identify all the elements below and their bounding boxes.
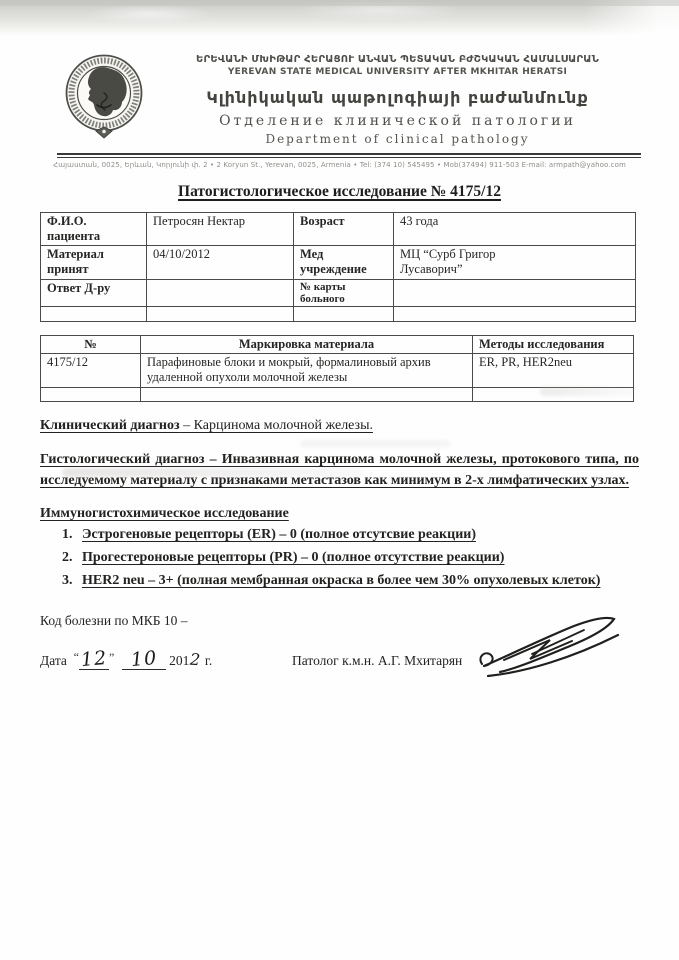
department-name-armenian: Կլինիկական պաթոլոգիայի բաժանմունք (150, 88, 645, 107)
date-line: Дата “12” 10 2012 г. (40, 650, 292, 670)
age-value: 43 года (394, 213, 636, 246)
date-label: Дата (40, 653, 67, 668)
marking-header: Маркировка материала (141, 336, 473, 354)
letterhead-text: ԵՐԵՎԱՆԻ ՄԽԻԹԱՐ ՀԵՐԱՑՈՒ ԱՆՎԱՆ ՊԵՏԱԿԱՆ ԲԺՇ… (150, 53, 645, 146)
card-number-value (394, 280, 636, 307)
pathologist-name: Патолог к.м.н. А.Г. Мхитарян (292, 653, 462, 669)
patient-info-table: Ф.И.О. пациента Петросян Нектар Возраст … (40, 212, 636, 322)
clinical-diagnosis-text: – Карцинома молочной железы. (180, 418, 373, 433)
close-quote: ” (109, 650, 114, 664)
patient-name-label: Ф.И.О. пациента (41, 213, 147, 246)
signature-block: Дата “12” 10 2012 г. Патолог к.м.н. А.Г.… (40, 650, 639, 670)
table-row: Ответ Д-ру № карты больного (41, 280, 636, 307)
list-item: 3. HER2 neu – 3+ (полная мембранная окра… (62, 571, 639, 591)
scan-smudge (62, 468, 362, 477)
empty-cell (147, 307, 294, 322)
university-name-english: YEREVAN STATE MEDICAL UNIVERSITY AFTER M… (150, 67, 645, 77)
table-row (41, 307, 636, 322)
answer-doctor-value (147, 280, 294, 307)
number-header: № (41, 336, 141, 354)
case-number-value: 4175/12 (41, 354, 141, 388)
handwritten-day: 12 (80, 649, 108, 670)
ihc-pr-result: Прогестероновые рецепторы (PR) – 0 (полн… (82, 550, 504, 565)
card-number-label: № карты больного (294, 280, 394, 307)
methods-value: ER, PR, HER2neu (473, 354, 634, 388)
material-received-label: Материал принят (41, 246, 147, 280)
ihc-er-result: Эстрогеновые рецепторы (ER) – 0 (полное … (82, 527, 476, 542)
clinical-diagnosis: Клинический диагноз – Карцинома молочной… (40, 418, 639, 434)
university-name-armenian: ԵՐԵՎԱՆԻ ՄԽԻԹԱՐ ՀԵՐԱՑՈՒ ԱՆՎԱՆ ՊԵՏԱԿԱՆ ԲԺՇ… (150, 54, 645, 65)
item-number: 3. (62, 571, 82, 591)
table-row: Ф.И.О. пациента Петросян Нектар Возраст … (41, 213, 636, 246)
handwritten-month: 10 (130, 649, 158, 670)
year-printed: 201 (169, 653, 189, 668)
empty-cell (394, 307, 636, 322)
list-item: 2. Прогестероновые рецепторы (PR) – 0 (п… (62, 548, 639, 568)
med-institution-value: МЦ “Сурб Григор Лусаворич” (394, 246, 636, 280)
ihc-list: 1. Эстрогеновые рецепторы (ER) – 0 (полн… (62, 525, 639, 592)
material-received-value: 04/10/2012 (147, 246, 294, 280)
table-row: 4175/12 Парафиновые блоки и мокрый, форм… (41, 354, 634, 388)
patient-name-value: Петросян Нектар (147, 213, 294, 246)
methods-header: Методы исследования (473, 336, 634, 354)
table-row: Материал принят 04/10/2012 Мед учреждени… (41, 246, 636, 280)
report-title: Патогистологическое исследование № 4175/… (0, 183, 679, 201)
empty-cell (141, 388, 473, 402)
open-quote: “ (74, 650, 79, 664)
university-seal-icon (58, 53, 150, 146)
scan-smudge (540, 387, 635, 396)
med-institution-label: Мед учреждение (294, 246, 394, 280)
signature-icon (468, 612, 628, 692)
ihc-heading: Иммуногистохимическое исследование (40, 506, 639, 522)
ihc-her2-result: HER2 neu – 3+ (полная мембранная окраска… (82, 573, 600, 588)
scan-smudge (300, 440, 450, 447)
item-number: 2. (62, 548, 82, 568)
department-name-english: Department of clinical pathology (150, 132, 645, 146)
item-number: 1. (62, 525, 82, 545)
address-line: Հայաստան, 0025, Երևան, Կորյունի փ. 2 • 2… (0, 161, 679, 169)
scan-artifact-band (0, 0, 679, 36)
empty-cell (294, 307, 394, 322)
age-label: Возраст (294, 213, 394, 246)
list-item: 1. Эстрогеновые рецепторы (ER) – 0 (полн… (62, 525, 639, 545)
table-header-row: № Маркировка материала Методы исследован… (41, 336, 634, 354)
year-suffix: г. (205, 653, 212, 668)
empty-cell (41, 388, 141, 402)
department-name-russian: Отделение клинической патологии (150, 113, 645, 129)
scanned-pathology-report: ԵՐԵՎԱՆԻ ՄԽԻԹԱՐ ՀԵՐԱՑՈՒ ԱՆՎԱՆ ՊԵՏԱԿԱՆ ԲԺՇ… (0, 0, 679, 960)
answer-doctor-label: Ответ Д-ру (41, 280, 147, 307)
handwritten-year-digit: 2 (190, 652, 202, 669)
letterhead-divider (57, 153, 641, 158)
report-body: Клинический диагноз – Карцинома молочной… (40, 418, 639, 670)
clinical-diagnosis-label: Клинический диагноз (40, 418, 180, 433)
empty-cell (41, 307, 147, 322)
marking-value: Парафиновые блоки и мокрый, формалиновый… (141, 354, 473, 388)
